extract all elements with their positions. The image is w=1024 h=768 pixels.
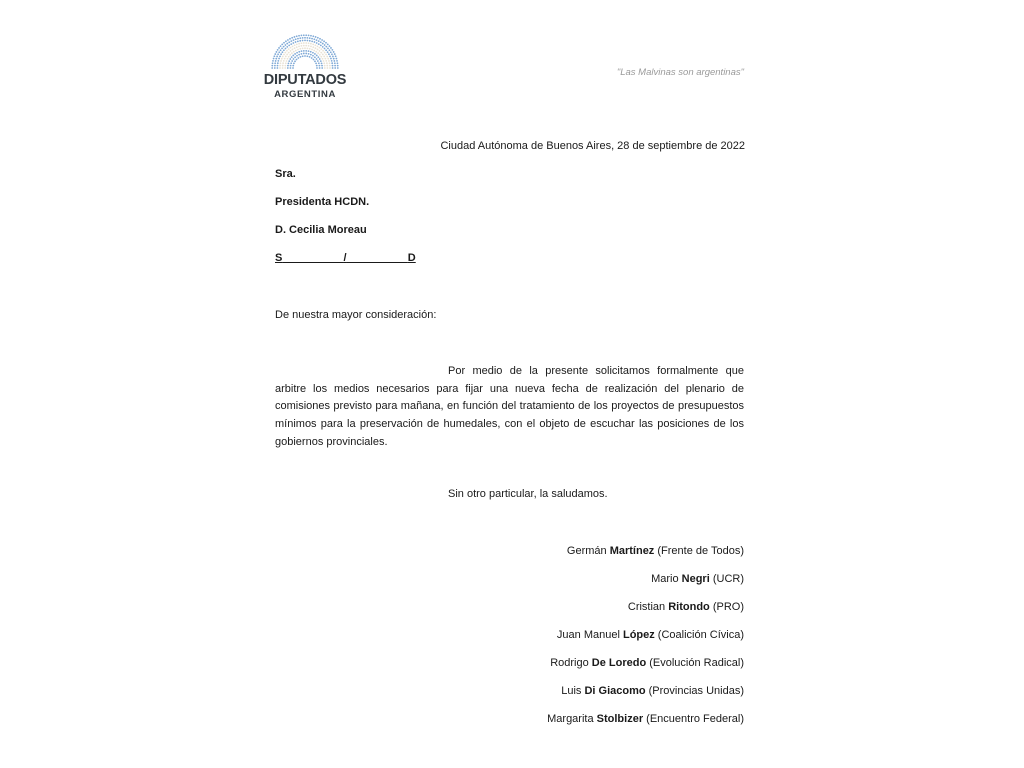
signatory-first-name: Mario: [651, 573, 682, 585]
signatory-last-name: López: [623, 629, 655, 641]
signatory-party: (PRO): [710, 601, 744, 613]
signatory-party: (Frente de Todos): [654, 545, 744, 557]
letter-page: DIPUTADOS ARGENTINA "Las Malvinas son ar…: [0, 0, 1024, 768]
recipient-salutation: Sra.: [275, 168, 296, 180]
signatory-first-name: Cristian: [628, 601, 668, 613]
signatory-first-name: Juan Manuel: [557, 629, 623, 641]
signatory-party: (UCR): [710, 573, 744, 585]
place-date: Ciudad Autónoma de Buenos Aires, 28 de s…: [440, 140, 745, 152]
signatory-last-name: De Loredo: [592, 657, 646, 669]
letter-body: Por medio de la presente solicitamos for…: [275, 363, 744, 452]
signatory-party: (Evolución Radical): [646, 657, 744, 669]
recipient-position: Presidenta HCDN.: [275, 196, 369, 208]
congress-hemicycle-icon: [271, 34, 339, 70]
signatory: Mario Negri (UCR): [547, 572, 744, 600]
closing: Sin otro particular, la saludamos.: [448, 488, 608, 500]
signatory-party: (Coalición Cívica): [655, 629, 744, 641]
su-despacho: S__________/__________D: [275, 252, 416, 264]
signatory-last-name: Di Giacomo: [584, 685, 645, 697]
signatory-first-name: Rodrigo: [550, 657, 592, 669]
signatory-last-name: Negri: [682, 573, 710, 585]
signatory: Cristian Ritondo (PRO): [547, 600, 744, 628]
diputados-logo: DIPUTADOS ARGENTINA: [262, 34, 348, 98]
signatory-last-name: Stolbizer: [597, 713, 643, 725]
signatory: Juan Manuel López (Coalición Cívica): [547, 628, 744, 656]
logo-title: DIPUTADOS: [262, 72, 348, 88]
greeting: De nuestra mayor consideración:: [275, 309, 436, 321]
signatory-last-name: Ritondo: [668, 601, 710, 613]
signatory: Margarita Stolbizer (Encuentro Federal): [547, 712, 744, 740]
signatory: Luis Di Giacomo (Provincias Unidas): [547, 684, 744, 712]
signatory-first-name: Luis: [561, 685, 584, 697]
signatory-last-name: Martínez: [610, 545, 655, 557]
logo-subtitle: ARGENTINA: [262, 89, 348, 100]
signatory-party: (Provincias Unidas): [646, 685, 744, 697]
motto: "Las Malvinas son argentinas": [617, 67, 744, 78]
signatory: Germán Martínez (Frente de Todos): [547, 544, 744, 572]
signatory: Rodrigo De Loredo (Evolución Radical): [547, 656, 744, 684]
body-text: Por medio de la presente solicitamos for…: [275, 365, 744, 448]
signatory-first-name: Margarita: [547, 713, 597, 725]
recipient-name: D. Cecilia Moreau: [275, 224, 367, 236]
signatories-list: Germán Martínez (Frente de Todos)Mario N…: [547, 544, 744, 740]
signatory-first-name: Germán: [567, 545, 610, 557]
signatory-party: (Encuentro Federal): [643, 713, 744, 725]
